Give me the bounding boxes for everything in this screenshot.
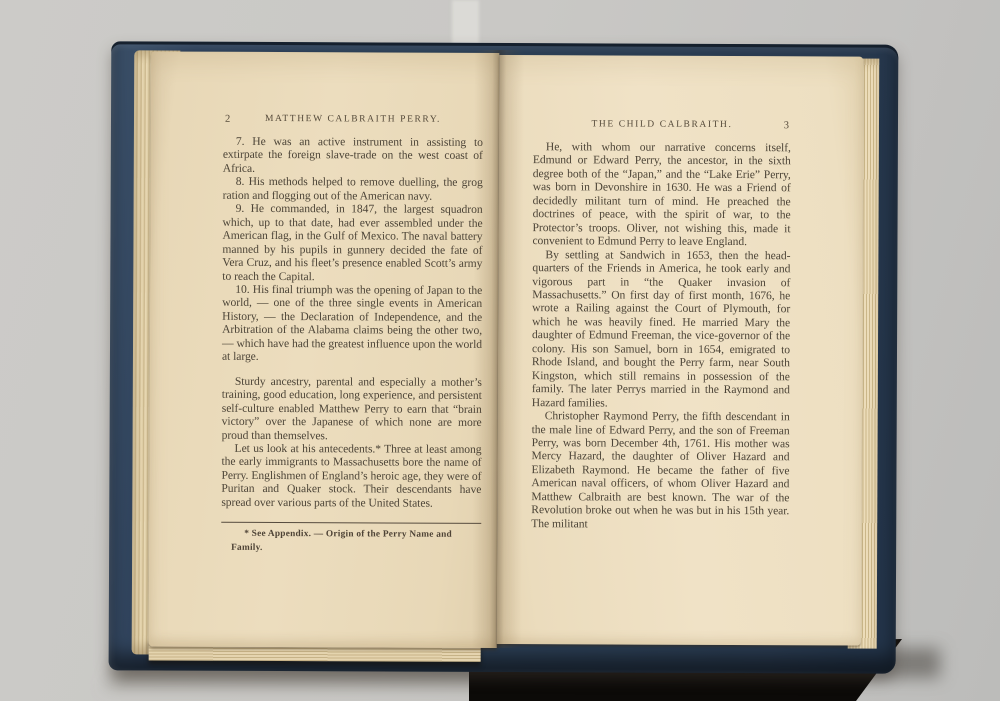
paragraph-edmund: He, with whom our narrative concerns its… <box>532 140 790 249</box>
paragraph-9: 9. He commanded, in 1847, the largest sq… <box>222 202 482 284</box>
right-running-title: THE CHILD CALBRAITH. <box>533 119 791 130</box>
right-page-header: THE CHILD CALBRAITH. 3 <box>533 119 791 135</box>
paragraph-10: 10. His final triumph was the opening of… <box>222 283 482 365</box>
footnote-text: * See Appendix. — Origin of the Perry Na… <box>221 523 481 556</box>
right-page-body: He, with whom our narrative concerns its… <box>531 140 791 531</box>
left-page-body: 7. He was an active instrument in assist… <box>221 135 483 556</box>
paragraph-antecedents: Let us look at his antecedents.* Three a… <box>221 442 481 510</box>
open-book: 2 MATTHEW CALBRAITH PERRY. 7. He was an … <box>0 0 1000 701</box>
footnote-block: * See Appendix. — Origin of the Perry Na… <box>221 522 481 556</box>
paragraph-8: 8. His methods helped to remove duelling… <box>223 175 483 203</box>
left-page-header: 2 MATTHEW CALBRAITH PERRY. <box>223 114 483 130</box>
photo-scene: 2 MATTHEW CALBRAITH PERRY. 7. He was an … <box>0 0 1000 701</box>
paragraph-7: 7. He was an active instrument in assist… <box>223 135 483 176</box>
left-page: 2 MATTHEW CALBRAITH PERRY. 7. He was an … <box>149 51 500 648</box>
paragraph-ancestry: Sturdy ancestry, parental and especially… <box>222 374 482 442</box>
left-running-title: MATTHEW CALBRAITH PERRY. <box>223 114 483 125</box>
right-page-number: 3 <box>784 120 789 131</box>
paragraph-sandwich: By settling at Sandwich in 1653, then th… <box>532 248 791 411</box>
paragraph-christopher: Christopher Raymond Perry, the fifth des… <box>531 409 790 531</box>
right-page: THE CHILD CALBRAITH. 3 He, with whom our… <box>497 55 864 646</box>
